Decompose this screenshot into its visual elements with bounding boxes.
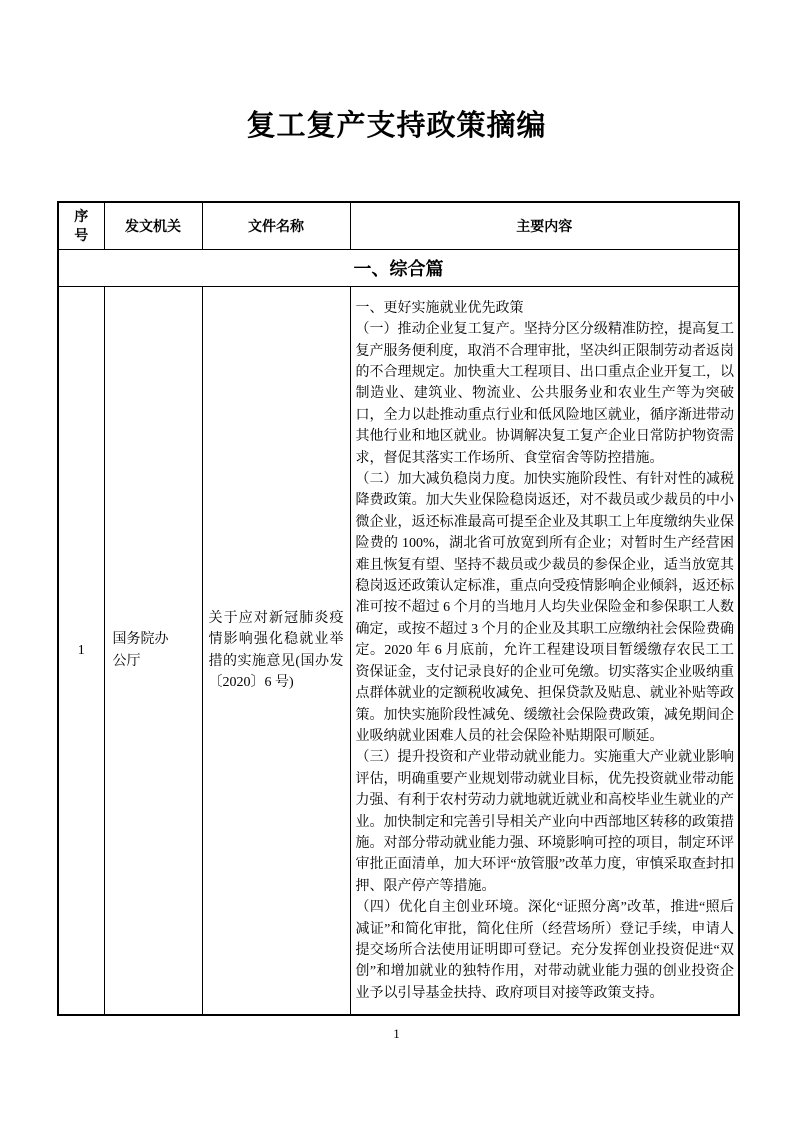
main-content-cell: 一、更好实施就业优先政策 （一）推动企业复工复产。坚持分区分级精准防控，提高复工… bbox=[350, 287, 739, 1016]
page-number: 1 bbox=[0, 1026, 793, 1042]
col-header-issuing-authority: 发文机关 bbox=[104, 202, 202, 250]
document-title: 复工复产支持政策摘编 bbox=[0, 106, 793, 146]
section-header-row: 一、综合篇 bbox=[58, 250, 739, 287]
section-header-title: 一、综合篇 bbox=[58, 250, 739, 287]
content-paragraph: （三）提升投资和产业带动就业能力。实施重大产业就业影响评估，明确重要产业规划带动… bbox=[356, 747, 735, 897]
table-row: 1 国务院办公厅 关于应对新冠肺炎疫情影响强化稳就业举措的实施意见(国办发〔20… bbox=[58, 287, 739, 1016]
col-header-serial-label: 序号 bbox=[74, 207, 88, 245]
col-header-main-content: 主要内容 bbox=[350, 202, 739, 250]
policy-table: 序号 发文机关 文件名称 主要内容 一、综合篇 1 国务院办公厅 关于应对新冠肺… bbox=[57, 201, 740, 1016]
col-header-serial: 序号 bbox=[58, 202, 104, 250]
row-serial-cell: 1 bbox=[58, 287, 104, 1016]
content-paragraph: （四）优化自主创业环境。深化“证照分离”改革，推进“照后减证”和简化审批，简化住… bbox=[356, 897, 735, 1004]
table-header-row: 序号 发文机关 文件名称 主要内容 bbox=[58, 202, 739, 250]
document-name-cell: 关于应对新冠肺炎疫情影响强化稳就业举措的实施意见(国办发〔2020〕6 号) bbox=[202, 287, 350, 1016]
main-content-text: 一、更好实施就业优先政策 （一）推动企业复工复产。坚持分区分级精准防控，提高复工… bbox=[351, 293, 739, 1008]
col-header-document-name: 文件名称 bbox=[202, 202, 350, 250]
issuing-authority-cell: 国务院办公厅 bbox=[104, 287, 202, 1016]
document-page: 复工复产支持政策摘编 序号 发文机关 文件名称 主要内容 一、综合篇 1 bbox=[0, 0, 793, 1122]
content-paragraph: 一、更好实施就业优先政策 bbox=[356, 298, 735, 319]
content-paragraph: （一）推动企业复工复产。坚持分区分级精准防控，提高复工复产服务便利度，取消不合理… bbox=[356, 319, 735, 469]
issuing-authority-text: 国务院办公厅 bbox=[113, 629, 169, 672]
document-name-text: 关于应对新冠肺炎疫情影响强化稳就业举措的实施意见(国办发〔2020〕6 号) bbox=[209, 608, 344, 694]
content-paragraph: （二）加大减负稳岗力度。加快实施阶段性、有针对性的减税降费政策。加大失业保险稳岗… bbox=[356, 469, 735, 747]
